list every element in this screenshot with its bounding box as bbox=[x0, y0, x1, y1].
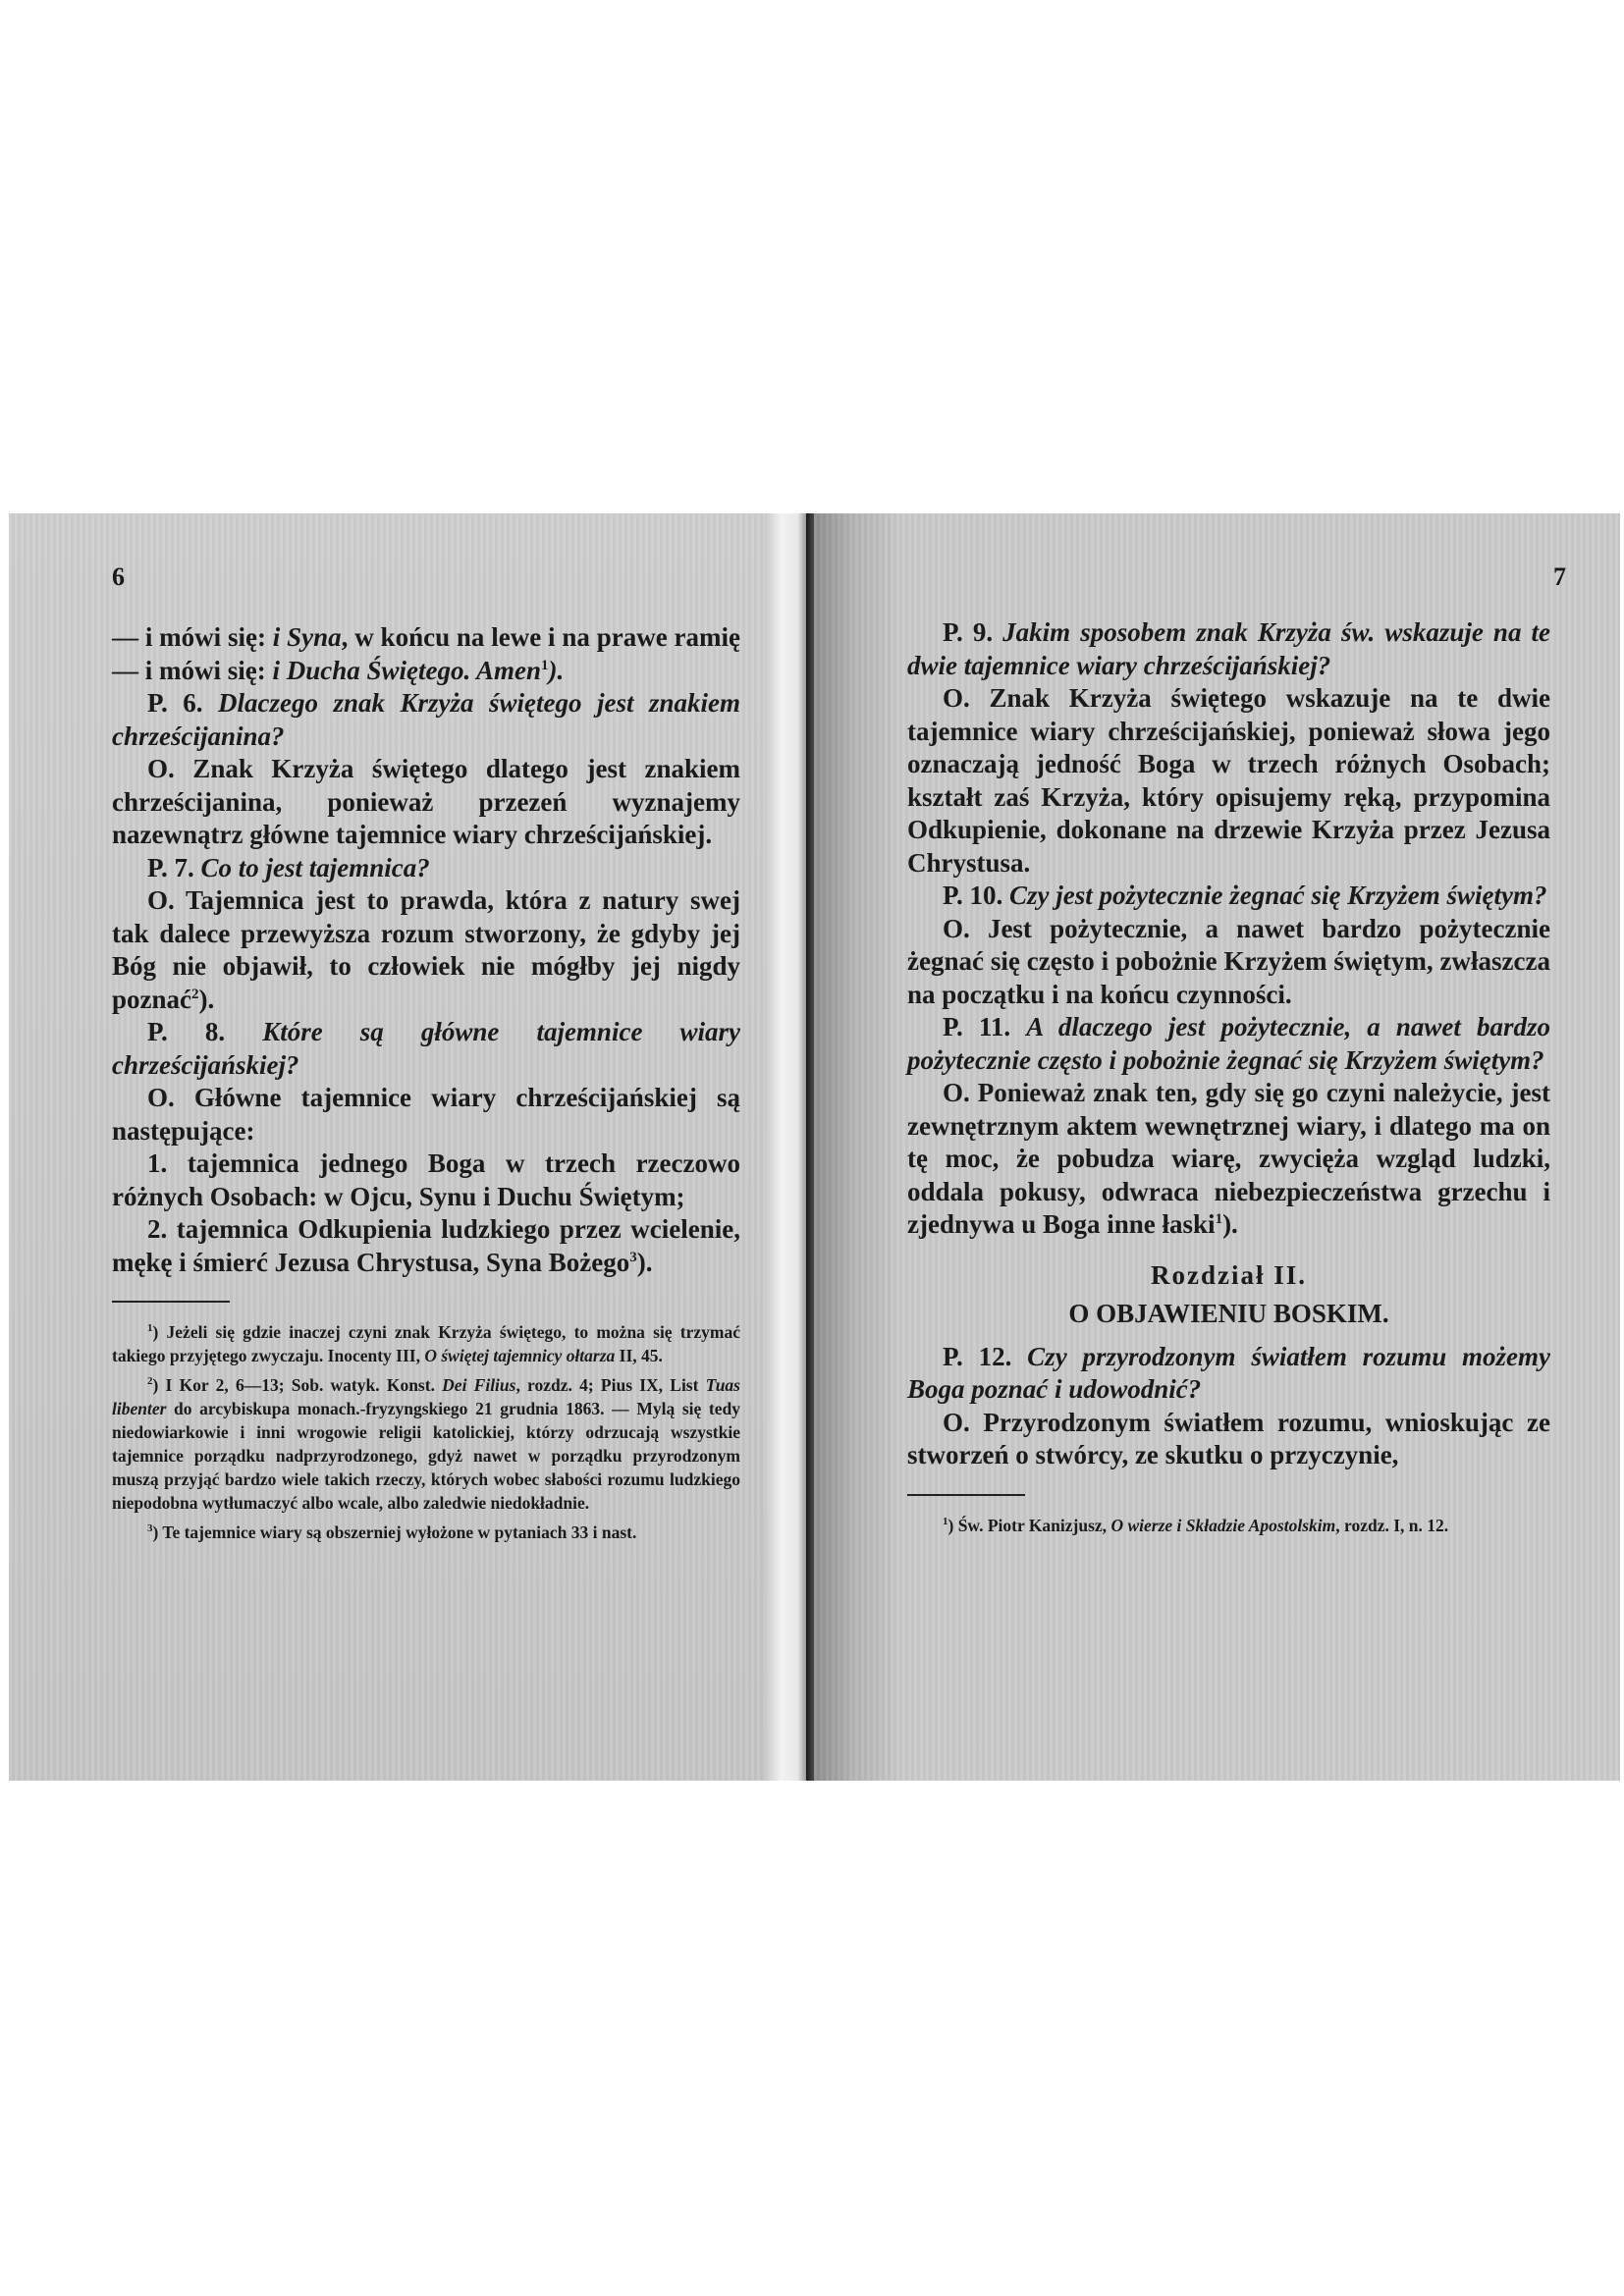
paragraph: O. Znak Krzyża świętego dlatego jest zna… bbox=[112, 753, 740, 852]
paragraph: O. Przyrodzonym światłem rozumu, wniosku… bbox=[907, 1407, 1550, 1472]
paragraph: O. Tajemnica jest to prawda, która z nat… bbox=[112, 884, 740, 1016]
paragraph: 1. tajemnica jednego Boga w trzech rzecz… bbox=[112, 1148, 740, 1213]
paragraph: 1) Jeżeli się gdzie inaczej czyni znak K… bbox=[112, 1320, 740, 1367]
right-page-body: P. 9. Jakim sposobem znak Krzyża św. wsk… bbox=[907, 616, 1550, 1543]
main-text: P. 9. Jakim sposobem znak Krzyża św. wsk… bbox=[907, 616, 1550, 1242]
paragraph: P. 12. Czy przyrodzonym światłem rozumu … bbox=[907, 1341, 1550, 1407]
chapter-title: O OBJAWIENIU BOSKIM. bbox=[907, 1298, 1550, 1331]
paragraph: P. 10. Czy jest pożytecznie żegnać się K… bbox=[907, 880, 1550, 913]
paragraph: P. 9. Jakim sposobem znak Krzyża św. wsk… bbox=[907, 616, 1550, 682]
paragraph: 3) Te tajemnice wiary są obszerniej wyło… bbox=[112, 1521, 740, 1544]
paragraph: P. 6. Dlaczego znak Krzyża świętego jest… bbox=[112, 687, 740, 753]
book-gutter bbox=[765, 513, 806, 1781]
left-page: 6 — i mówi się: i Syna, w końcu na lewe … bbox=[9, 513, 765, 1781]
paragraph: O. Znak Krzyża świętego wskazuje na te d… bbox=[907, 682, 1550, 880]
right-page: 7 P. 9. Jakim sposobem znak Krzyża św. w… bbox=[814, 513, 1620, 1781]
page-number: 6 bbox=[112, 562, 125, 592]
paragraph: O. Główne tajemnice wiary chrześcijański… bbox=[112, 1082, 740, 1148]
paragraph: O. Ponieważ znak ten, gdy się go czyni n… bbox=[907, 1077, 1550, 1242]
book-scan: 6 — i mówi się: i Syna, w końcu na lewe … bbox=[9, 513, 1620, 1781]
paragraph: P. 8. Które są główne tajemnice wiary ch… bbox=[112, 1016, 740, 1082]
footnotes: 1) Św. Piotr Kanizjusz, O wierze i Skład… bbox=[907, 1514, 1550, 1537]
paragraph: 1) Św. Piotr Kanizjusz, O wierze i Skład… bbox=[907, 1514, 1550, 1537]
paragraph: 2) I Kor 2, 6—13; Sob. watyk. Konst. Dei… bbox=[112, 1373, 740, 1515]
gutter-shadow bbox=[806, 513, 814, 1781]
main-text: — i mówi się: i Syna, w końcu na lewe i … bbox=[112, 621, 740, 1279]
chapter-label: Rozdział II. bbox=[907, 1259, 1550, 1293]
main-text-continued: P. 12. Czy przyrodzonym światłem rozumu … bbox=[907, 1341, 1550, 1472]
paragraph: P. 7. Co to jest tajemnica? bbox=[112, 852, 740, 885]
page-number: 7 bbox=[1553, 562, 1566, 592]
footnotes: 1) Jeżeli się gdzie inaczej czyni znak K… bbox=[112, 1320, 740, 1544]
left-page-body: — i mówi się: i Syna, w końcu na lewe i … bbox=[112, 621, 740, 1550]
paragraph: 2. tajemnica Odkupienia ludzkiego przez … bbox=[112, 1213, 740, 1279]
footnote-rule bbox=[907, 1494, 1025, 1496]
paragraph: — i mówi się: i Syna, w końcu na lewe i … bbox=[112, 621, 740, 687]
paragraph: P. 11. A dlaczego jest pożytecznie, a na… bbox=[907, 1011, 1550, 1077]
paragraph: O. Jest pożytecznie, a nawet bardzo poży… bbox=[907, 913, 1550, 1012]
footnote-rule bbox=[112, 1301, 230, 1303]
